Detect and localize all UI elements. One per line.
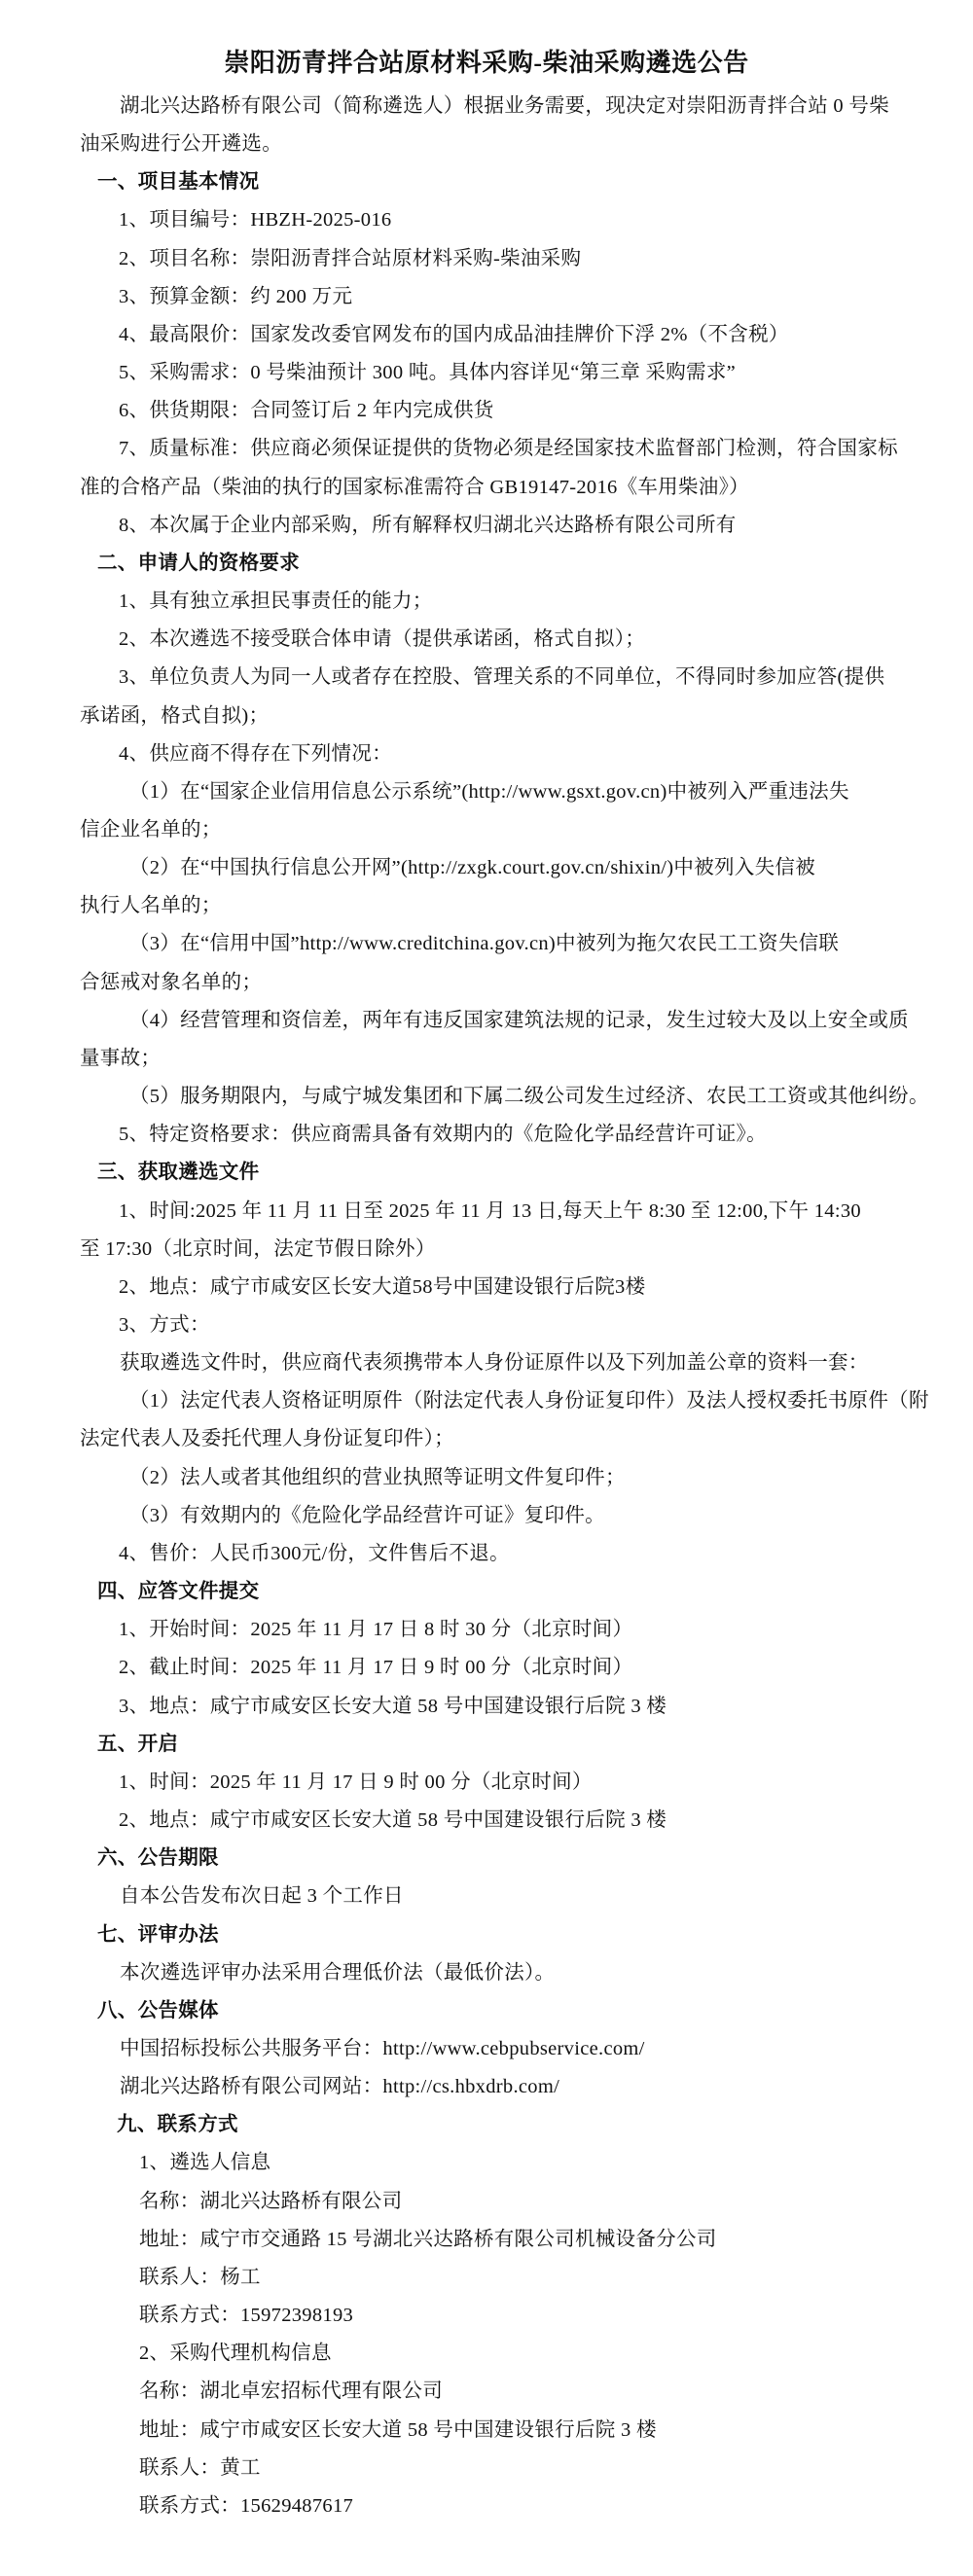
section-heading-3: 三、获取遴选文件 <box>0 1154 973 1192</box>
document-page: 崇阳沥青拌合站原材料采购-柴油采购遴选公告 湖北兴达路桥有限公司（简称遴选人）根… <box>0 0 973 2576</box>
doc-line: 6、供货期限：合同签订后 2 年内完成供货 <box>0 392 973 430</box>
doc-line: 执行人名单的； <box>0 887 973 925</box>
doc-line: 湖北兴达路桥有限公司（简称遴选人）根据业务需要，现决定对崇阳沥青拌合站 0 号柴 <box>0 88 973 125</box>
doc-line: 名称：湖北兴达路桥有限公司 <box>0 2183 973 2221</box>
doc-line: 自本公告发布次日起 3 个工作日 <box>0 1878 973 1915</box>
doc-line: 本次遴选评审办法采用合理低价法（最低价法）。 <box>0 1954 973 1992</box>
doc-line: （2）在“中国执行信息公开网”(http://zxgk.court.gov.cn… <box>0 849 973 887</box>
doc-line: 4、最高限价：国家发改委官网发布的国内成品油挂牌价下浮 2%（不含税） <box>0 316 973 354</box>
doc-line: 至 17:30（北京时间，法定节假日除外） <box>0 1231 973 1269</box>
doc-line: 中国招标投标公共服务平台：http://www.cebpubservice.co… <box>0 2030 973 2068</box>
doc-line: 3、方式： <box>0 1306 973 1344</box>
doc-line: 2、截止时间：2025 年 11 月 17 日 9 时 00 分（北京时间） <box>0 1649 973 1687</box>
section-heading-9: 九、联系方式 <box>0 2106 973 2144</box>
doc-line: （3）有效期内的《危险化学品经营许可证》复印件。 <box>0 1497 973 1535</box>
doc-line: 1、时间:2025 年 11 月 11 日至 2025 年 11 月 13 日,… <box>0 1193 973 1231</box>
doc-line: 联系方式：15972398193 <box>0 2297 973 2335</box>
doc-line: 7、质量标准：供应商必须保证提供的货物必须是经国家技术监督部门检测，符合国家标 <box>0 430 973 468</box>
doc-line: （1）法定代表人资格证明原件（附法定代表人身份证复印件）及法人授权委托书原件（附 <box>0 1382 973 1420</box>
doc-line: 联系方式：15629487617 <box>0 2487 973 2525</box>
section-heading-7: 七、评审办法 <box>0 1916 973 1954</box>
doc-line: 3、单位负责人为同一人或者存在控股、管理关系的不同单位，不得同时参加应答(提供 <box>0 659 973 697</box>
doc-line: 4、售价：人民币300元/份，文件售后不退。 <box>0 1535 973 1573</box>
doc-line: （1）在“国家企业信用信息公示系统”(http://www.gsxt.gov.c… <box>0 773 973 811</box>
doc-line: 准的合格产品（柴油的执行的国家标准需符合 GB19147-2016《车用柴油》） <box>0 469 973 507</box>
document-title: 崇阳沥青拌合站原材料采购-柴油采购遴选公告 <box>0 39 973 88</box>
doc-line: 1、时间：2025 年 11 月 17 日 9 时 00 分（北京时间） <box>0 1764 973 1802</box>
doc-line: 2、地点：咸宁市咸安区长安大道58号中国建设银行后院3楼 <box>0 1269 973 1306</box>
doc-line: 1、开始时间：2025 年 11 月 17 日 8 时 30 分（北京时间） <box>0 1611 973 1649</box>
doc-line: 地址：咸宁市咸安区长安大道 58 号中国建设银行后院 3 楼 <box>0 2412 973 2450</box>
doc-line: 2、本次遴选不接受联合体申请（提供承诺函，格式自拟）； <box>0 621 973 659</box>
doc-line: 量事故； <box>0 1040 973 1078</box>
section-heading-4: 四、应答文件提交 <box>0 1573 973 1611</box>
doc-line: 湖北兴达路桥有限公司网站：http://cs.hbxdrb.com/ <box>0 2068 973 2106</box>
section-heading-8: 八、公告媒体 <box>0 1992 973 2030</box>
doc-line: 3、地点：咸宁市咸安区长安大道 58 号中国建设银行后院 3 楼 <box>0 1688 973 1726</box>
doc-line: 3、预算金额：约 200 万元 <box>0 278 973 316</box>
doc-line: 法定代表人及委托代理人身份证复印件）； <box>0 1420 973 1458</box>
doc-line: 地址：咸宁市交通路 15 号湖北兴达路桥有限公司机械设备分公司 <box>0 2221 973 2259</box>
section-heading-5: 五、开启 <box>0 1726 973 1764</box>
doc-line: 联系人：黄工 <box>0 2450 973 2487</box>
doc-line: 5、采购需求：0 号柴油预计 300 吨。具体内容详见“第三章 采购需求” <box>0 354 973 392</box>
doc-line: 名称：湖北卓宏招标代理有限公司 <box>0 2373 973 2411</box>
doc-line: 承诺函，格式自拟)； <box>0 698 973 735</box>
doc-line: 1、具有独立承担民事责任的能力； <box>0 583 973 621</box>
document-body: 湖北兴达路桥有限公司（简称遴选人）根据业务需要，现决定对崇阳沥青拌合站 0 号柴… <box>0 88 973 2525</box>
doc-line: 4、供应商不得存在下列情况： <box>0 735 973 773</box>
doc-line: （2）法人或者其他组织的营业执照等证明文件复印件； <box>0 1459 973 1497</box>
doc-line: 1、遴选人信息 <box>0 2144 973 2182</box>
doc-line: 1、项目编号：HBZH-2025-016 <box>0 201 973 239</box>
doc-line: 油采购进行公开遴选。 <box>0 125 973 163</box>
section-heading-6: 六、公告期限 <box>0 1840 973 1878</box>
doc-line: 获取遴选文件时，供应商代表须携带本人身份证原件以及下列加盖公章的资料一套： <box>0 1344 973 1382</box>
doc-line: （5）服务期限内，与咸宁城发集团和下属二级公司发生过经济、农民工工资或其他纠纷。 <box>0 1078 973 1116</box>
doc-line: 联系人：杨工 <box>0 2259 973 2297</box>
doc-line: 2、采购代理机构信息 <box>0 2335 973 2373</box>
section-heading-1: 一、项目基本情况 <box>0 163 973 201</box>
section-heading-2: 二、申请人的资格要求 <box>0 545 973 583</box>
doc-line: （4）经营管理和资信差，两年有违反国家建筑法规的记录，发生过较大及以上安全或质 <box>0 1002 973 1040</box>
doc-line: 2、项目名称：崇阳沥青拌合站原材料采购-柴油采购 <box>0 240 973 278</box>
doc-line: 信企业名单的； <box>0 811 973 849</box>
doc-line: 5、特定资格要求：供应商需具备有效期内的《危险化学品经营许可证》。 <box>0 1116 973 1154</box>
doc-line: 合惩戒对象名单的； <box>0 964 973 1002</box>
doc-line: 8、本次属于企业内部采购，所有解释权归湖北兴达路桥有限公司所有 <box>0 507 973 545</box>
doc-line: 2、地点：咸宁市咸安区长安大道 58 号中国建设银行后院 3 楼 <box>0 1802 973 1840</box>
doc-line: （3）在“信用中国”http://www.creditchina.gov.cn)… <box>0 925 973 963</box>
